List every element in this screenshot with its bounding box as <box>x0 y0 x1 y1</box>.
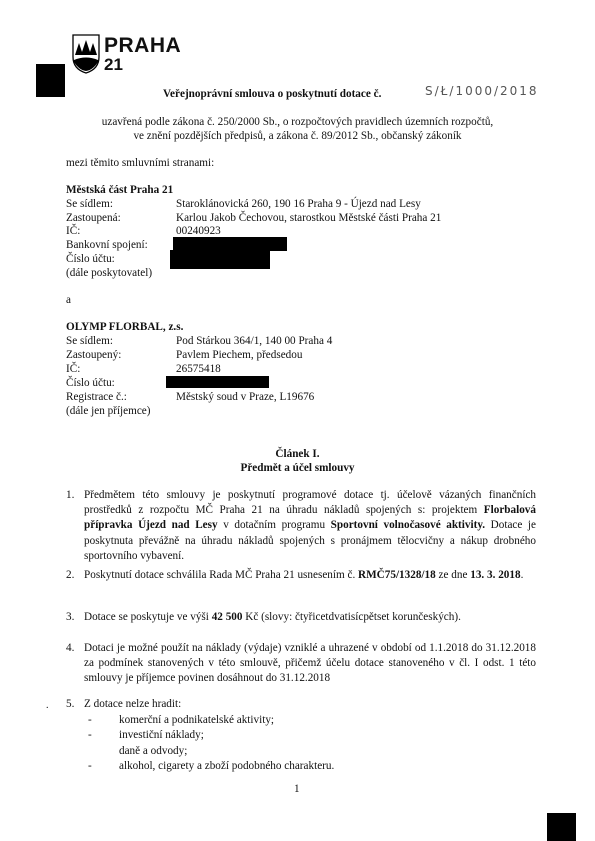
list-item-text: investiční náklady; <box>119 729 204 741</box>
recipient-label: IČ: <box>66 362 80 376</box>
paragraph-text: . <box>521 569 524 581</box>
paragraph-number: 2. <box>66 568 74 583</box>
program-name: Sportovní volnočasové aktivity. <box>331 519 485 531</box>
paragraph-text: ze dne <box>436 569 470 581</box>
list-item: -investiční náklady; <box>88 728 334 743</box>
paragraph-text: Dotace se poskytuje ve výši <box>84 611 212 623</box>
between-parties-text: mezi těmito smluvními stranami: <box>66 156 214 170</box>
stray-mark: . <box>46 700 49 711</box>
dash-bullet: - <box>88 728 92 743</box>
provider-label: IČ: <box>66 224 80 238</box>
recipient-label: Se sídlem: <box>66 334 113 348</box>
recipient-label: (dále jen příjemce) <box>66 404 150 418</box>
article-number: Článek I. <box>0 447 595 461</box>
paragraph-text: Z dotace nelze hradit: <box>84 698 181 710</box>
paragraph-number: 3. <box>66 610 74 625</box>
scan-marker-bottom-right <box>547 813 576 841</box>
redacted-bank-connection <box>173 237 287 251</box>
redacted-account-number <box>166 376 269 388</box>
article-title: Předmět a účel smlouvy <box>0 461 595 475</box>
law-reference-line-1: uzavřená podle zákona č. 250/2000 Sb., o… <box>0 115 595 129</box>
handwritten-contract-number: S/Ł/1000/2018 <box>425 84 539 98</box>
exclusion-list: -komerční a podnikatelské aktivity; -inv… <box>88 713 334 775</box>
recipient-value: Městský soud v Praze, L19676 <box>176 390 314 404</box>
paragraph-text: Kč (slovy: čtyřicetdvatisícpětset korunč… <box>242 611 460 623</box>
recipient-label: Číslo účtu: <box>66 376 115 390</box>
paragraph-number: 1. <box>66 488 74 503</box>
list-item-text: alkohol, cigarety a zboží podobného char… <box>119 760 334 772</box>
page-number: 1 <box>294 782 300 796</box>
recipient-name: OLYMP FLORBAL, z.s. <box>66 320 183 334</box>
dash-bullet: - <box>88 759 92 774</box>
logo-number: 21 <box>104 57 123 73</box>
list-item-text: komerční a podnikatelské aktivity; <box>119 714 274 726</box>
paragraph-text: Předmětem této smlouvy je poskytnutí pro… <box>84 489 536 516</box>
paragraph-number: 4. <box>66 641 74 656</box>
recipient-label: Registrace č.: <box>66 390 127 404</box>
paragraph-text: Dotaci je možné použít na náklady (výdaj… <box>84 642 536 684</box>
recipient-value: Pavlem Piechem, předsedou <box>176 348 302 362</box>
provider-label: Bankovní spojení: <box>66 238 148 252</box>
paragraph-2: 2. Poskytnutí dotace schválila Rada MČ P… <box>66 568 536 583</box>
paragraph-text: v dotačním programu <box>218 519 331 531</box>
recipient-value: Pod Stárkou 364/1, 140 00 Praha 4 <box>176 334 332 348</box>
paragraph-number: 5. <box>66 697 74 712</box>
provider-label: Číslo účtu: <box>66 252 115 266</box>
provider-label: (dále poskytovatel) <box>66 266 152 280</box>
recipient-value: 26575418 <box>176 362 221 376</box>
logo-text: PRAHA <box>104 36 181 56</box>
list-item-text: daně a odvody; <box>119 745 187 757</box>
paragraph-5: 5. Z dotace nelze hradit: <box>66 697 536 712</box>
list-item: -alkohol, cigarety a zboží podobného cha… <box>88 759 334 774</box>
praha21-coat-of-arms-icon <box>71 33 101 75</box>
grant-amount: 42 500 <box>212 611 243 623</box>
resolution-date: 13. 3. 2018 <box>470 569 520 581</box>
paragraph-4: 4. Dotaci je možné použít na náklady (vý… <box>66 641 536 687</box>
paragraph-3: 3. Dotace se poskytuje ve výši 42 500 Kč… <box>66 610 536 625</box>
list-item: daně a odvody; <box>88 744 334 759</box>
provider-value: Staroklánovická 260, 190 16 Praha 9 - Új… <box>176 197 421 211</box>
scan-marker-top-left <box>36 64 65 97</box>
redacted-account-number <box>170 250 270 269</box>
paragraph-text: Poskytnutí dotace schválila Rada MČ Prah… <box>84 569 358 581</box>
document-title: Veřejnoprávní smlouva o poskytnutí dotac… <box>163 88 381 100</box>
resolution-number: RMČ75/1328/18 <box>358 569 436 581</box>
dash-bullet: - <box>88 713 92 728</box>
recipient-label: Zastoupený: <box>66 348 121 362</box>
provider-label: Se sídlem: <box>66 197 113 211</box>
list-item: -komerční a podnikatelské aktivity; <box>88 713 334 728</box>
provider-name: Městská část Praha 21 <box>66 183 173 197</box>
paragraph-1: 1. Předmětem této smlouvy je poskytnutí … <box>66 488 536 564</box>
conjunction-and: a <box>66 293 71 307</box>
law-reference-line-2: ve znění pozdějších předpisů, a zákona č… <box>0 129 595 143</box>
